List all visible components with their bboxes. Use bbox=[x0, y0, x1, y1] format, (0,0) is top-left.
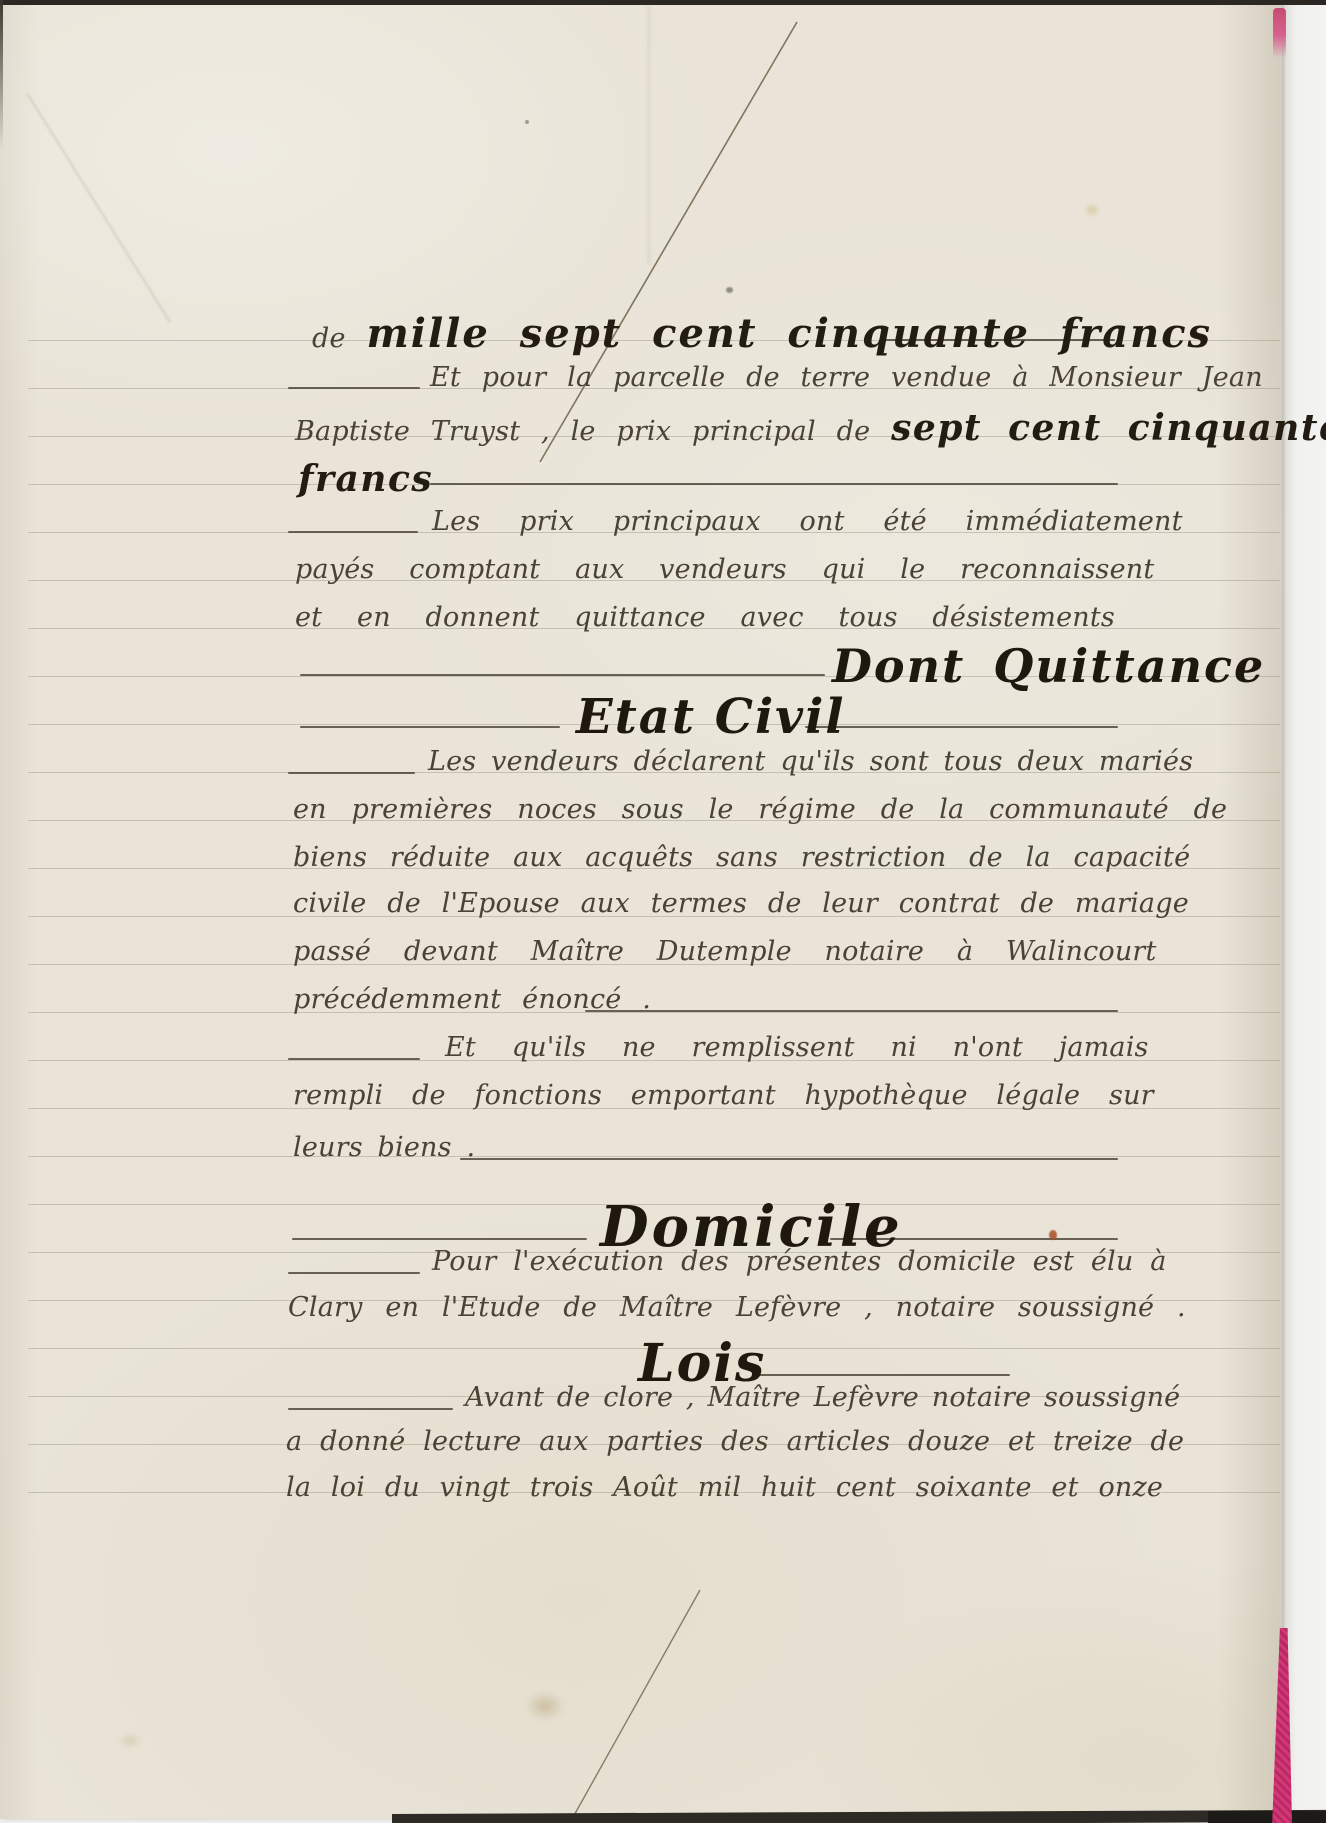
ink-rule bbox=[300, 674, 825, 676]
handwritten-line: en premières noces sous le régime de la … bbox=[293, 794, 1227, 825]
pink-binding-mark-top bbox=[1273, 8, 1286, 58]
handwritten-line: Les vendeurs déclarent qu'ils sont tous … bbox=[428, 746, 1193, 777]
handwritten-line: Baptiste Truyst , le prix principal de s… bbox=[295, 408, 1326, 449]
line-text: Baptiste Truyst , le prix principal de bbox=[295, 416, 870, 447]
line-price-total: de mille sept cent cinquante francs bbox=[312, 311, 1212, 357]
ruled-line bbox=[28, 1012, 1280, 1013]
paper-sheet: de mille sept cent cinquante francs Et p… bbox=[0, 5, 1282, 1819]
heading-dont-quittance: Dont Quittance bbox=[832, 643, 1265, 689]
scan-corner-shadow bbox=[1208, 1811, 1326, 1823]
ink-rule bbox=[300, 726, 560, 728]
ink-rule bbox=[292, 1238, 587, 1240]
stain bbox=[118, 1733, 142, 1749]
scan-left-edge bbox=[0, 0, 3, 150]
handwritten-line: Pour l'exécution des présentes domicile … bbox=[432, 1246, 1167, 1277]
handwritten-line: Avant de clore , Maître Lefèvre notaire … bbox=[465, 1382, 1180, 1413]
rust-fleck bbox=[1049, 1230, 1057, 1240]
scanned-notarial-deed-page: de mille sept cent cinquante francs Et p… bbox=[0, 0, 1326, 1823]
handwritten-line: Clary en l'Etude de Maître Lefèvre , not… bbox=[288, 1292, 1186, 1323]
handwritten-line: biens réduite aux acquêts sans restricti… bbox=[293, 842, 1190, 873]
handwritten-line: la loi du vingt trois Août mil huit cent… bbox=[286, 1472, 1163, 1503]
handwritten-line: leurs biens . bbox=[293, 1132, 475, 1163]
stain bbox=[525, 1691, 565, 1721]
ink-rule bbox=[585, 1010, 1118, 1012]
ink-rule bbox=[430, 483, 1118, 485]
handwritten-line: Et pour la parcelle de terre vendue à Mo… bbox=[430, 362, 1263, 393]
heading-etat-civil: Etat Civil bbox=[576, 693, 846, 741]
handwritten-line: civile de l'Epouse aux termes de leur co… bbox=[293, 888, 1189, 919]
handwritten-line: précédemment énoncé . bbox=[293, 984, 651, 1015]
ink-speck bbox=[525, 120, 529, 124]
paper-crease bbox=[648, 5, 650, 265]
scanner-background-strip bbox=[1280, 0, 1326, 1823]
handwritten-line: Les prix principaux ont été immédiatemen… bbox=[432, 506, 1183, 537]
ink-speck bbox=[726, 287, 733, 293]
ink-rule bbox=[288, 772, 415, 774]
ink-rule bbox=[288, 1272, 420, 1274]
amount-bold: francs bbox=[298, 458, 433, 500]
ink-rule bbox=[288, 531, 418, 533]
handwritten-line: rempli de fonctions emportant hypothèque… bbox=[293, 1080, 1154, 1111]
void-stroke-bottom bbox=[572, 1590, 700, 1819]
ruled-line bbox=[28, 1156, 1280, 1157]
line-prefix: de bbox=[312, 323, 346, 354]
handwritten-line: a donné lecture aux parties des articles… bbox=[286, 1426, 1184, 1457]
ink-rule bbox=[805, 726, 1118, 728]
scan-top-edge bbox=[0, 0, 1326, 5]
ink-rule bbox=[752, 1374, 1010, 1376]
stain bbox=[1086, 205, 1098, 215]
handwritten-line: francs bbox=[298, 459, 433, 500]
handwritten-line: Et qu'ils ne remplissent ni n'ont jamais bbox=[445, 1032, 1149, 1063]
paper-crease bbox=[27, 93, 171, 323]
handwritten-line: passé devant Maître Dutemple notaire à W… bbox=[293, 936, 1157, 967]
ink-rule bbox=[288, 1058, 420, 1060]
ink-rule bbox=[288, 1408, 453, 1410]
void-stroke-top bbox=[540, 22, 797, 462]
ink-rule bbox=[460, 1158, 1118, 1160]
amount-bold: mille sept cent cinquante francs bbox=[366, 310, 1212, 357]
handwritten-line: payés comptant aux vendeurs qui le recon… bbox=[295, 554, 1154, 585]
amount-bold: sept cent cinquante bbox=[891, 407, 1326, 449]
ink-rule bbox=[288, 387, 420, 389]
handwritten-line: et en donnent quittance avec tous désist… bbox=[295, 602, 1115, 633]
